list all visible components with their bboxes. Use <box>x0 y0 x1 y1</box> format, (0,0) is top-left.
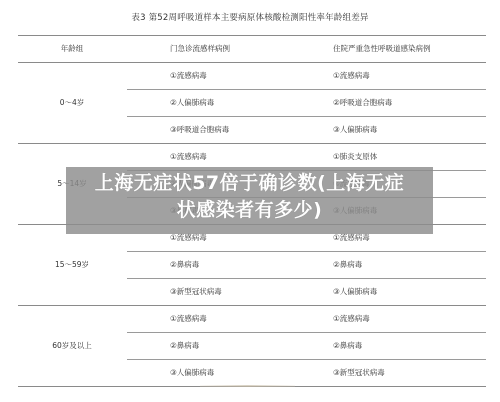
cell-inpatient-pathogen: ③新型冠状病毒 <box>333 368 385 378</box>
cell-outpatient-pathogen: ③新型冠状病毒 <box>170 287 222 297</box>
cell-outpatient-pathogen: ①流感病毒 <box>170 233 207 243</box>
cell-outpatient-pathogen: ②人偏肺病毒 <box>170 98 214 108</box>
cell-outpatient-pathogen: ①流感病毒 <box>170 152 207 162</box>
row-divider <box>127 332 486 333</box>
cell-outpatient-pathogen: ②鼻病毒 <box>170 260 199 270</box>
headline-line-1: 上海无症状57倍于确诊数(上海无症 <box>66 170 433 197</box>
header-bottom-rule <box>18 62 486 63</box>
cell-inpatient-pathogen: ②鼻病毒 <box>333 341 362 351</box>
cell-outpatient-pathogen: ③呼吸道合胞病毒 <box>170 125 229 135</box>
image-artifact <box>200 385 295 387</box>
cell-age-group: 0～4岁 <box>12 98 132 108</box>
cell-inpatient-pathogen: ①肺炎支原体 <box>333 152 377 162</box>
row-divider <box>127 359 486 360</box>
headline-overlay-text: 上海无症状57倍于确诊数(上海无症 状感染者有多少) <box>66 170 433 224</box>
cell-outpatient-pathogen: ③人偏肺病毒 <box>170 368 214 378</box>
cell-inpatient-pathogen: ①流感病毒 <box>333 233 370 243</box>
row-divider <box>127 116 486 117</box>
group-divider <box>18 305 486 306</box>
cell-outpatient-pathogen: ①流感病毒 <box>170 71 207 81</box>
cell-inpatient-pathogen: ②鼻病毒 <box>333 260 362 270</box>
header-age-group: 年龄组 <box>12 44 132 54</box>
group-divider <box>18 143 486 144</box>
row-divider <box>127 89 486 90</box>
cell-age-group: 60岁及以上 <box>12 341 132 351</box>
row-divider <box>127 251 486 252</box>
cell-inpatient-pathogen: ①流感病毒 <box>333 71 370 81</box>
cell-outpatient-pathogen: ②鼻病毒 <box>170 341 199 351</box>
cell-inpatient-pathogen: ①流感病毒 <box>333 314 370 324</box>
table-caption: 表3 第52周呼吸道样本主要病原体核酸检测阳性率年龄组差异 <box>0 11 500 23</box>
cell-age-group: 15～59岁 <box>12 260 132 270</box>
cell-inpatient-pathogen: ②呼吸道合胞病毒 <box>333 98 392 108</box>
header-inpatient: 住院严重急性呼吸道感染病例 <box>333 44 431 54</box>
cell-outpatient-pathogen: ①流感病毒 <box>170 314 207 324</box>
row-divider <box>127 278 486 279</box>
table-top-rule <box>18 35 486 36</box>
cell-inpatient-pathogen: ③人偏肺病毒 <box>333 287 377 297</box>
cell-inpatient-pathogen: ③人偏肺病毒 <box>333 125 377 135</box>
headline-line-2: 状感染者有多少) <box>66 197 433 224</box>
header-outpatient: 门急诊流感样病例 <box>170 44 230 54</box>
